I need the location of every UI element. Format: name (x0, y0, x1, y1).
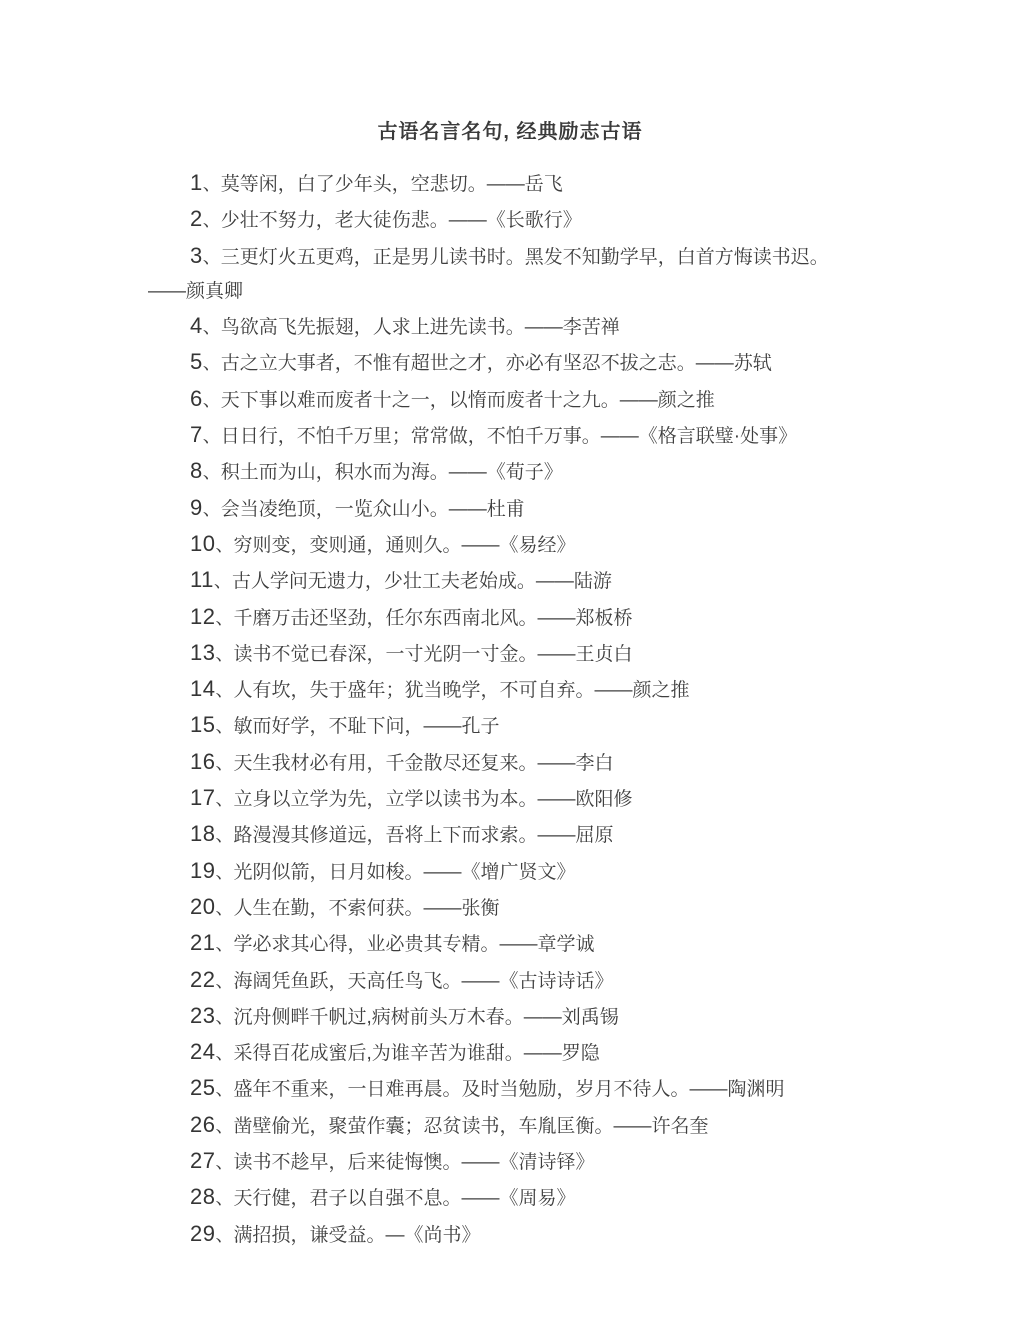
item-separator: 、 (203, 247, 221, 267)
quote-item: 1、莫等闲，白了少年头，空悲切。——岳飞 (148, 166, 872, 202)
item-number: 3 (190, 243, 203, 268)
quote-text: 学必求其心得，业必贵其专精。——章学诚 (233, 934, 594, 955)
item-separator: 、 (215, 971, 233, 991)
item-number: 19 (190, 858, 215, 883)
quote-text: 积土而为山，积水而为海。——《荀子》 (221, 462, 563, 483)
quote-text: 敏而好学，不耻下问，——孔子 (233, 716, 499, 737)
item-number: 22 (190, 967, 215, 992)
item-separator: 、 (215, 1116, 233, 1136)
quote-text: 三更灯火五更鸡，正是男儿读书时。黑发不知勤学早，白首方悔读书迟。 ——颜真卿 (148, 247, 829, 302)
item-number: 8 (190, 458, 203, 483)
item-number: 25 (190, 1075, 215, 1100)
item-number: 14 (190, 676, 215, 701)
document-page: 古语名言名句, 经典励志古语 1、莫等闲，白了少年头，空悲切。——岳飞 2、少壮… (0, 0, 1020, 1320)
item-number: 10 (190, 531, 215, 556)
quote-text: 千磨万击还坚劲，任尔东西南北风。——郑板桥 (233, 608, 632, 629)
item-number: 21 (190, 930, 215, 955)
quote-text: 人有坎，失于盛年；犹当晚学，不可自弃。——颜之推 (233, 680, 689, 701)
quote-item: 14、人有坎，失于盛年；犹当晚学，不可自弃。——颜之推 (148, 672, 872, 708)
item-separator: 、 (215, 753, 233, 773)
item-separator: 、 (215, 1152, 233, 1172)
quote-item: 16、天生我材必有用，千金散尽还复来。——李白 (148, 745, 872, 781)
item-separator: 、 (215, 934, 233, 954)
item-separator: 、 (215, 680, 233, 700)
item-separator: 、 (215, 862, 233, 882)
quote-item: 29、满招损，谦受益。—《尚书》 (148, 1217, 872, 1253)
quote-text: 天生我材必有用，千金散尽还复来。——李白 (233, 753, 613, 774)
item-number: 12 (190, 604, 215, 629)
item-separator: 、 (215, 1007, 233, 1027)
quote-item: 24、采得百花成蜜后,为谁辛苦为谁甜。——罗隐 (148, 1035, 872, 1071)
quote-text: 采得百花成蜜后,为谁辛苦为谁甜。——罗隐 (233, 1043, 599, 1064)
quote-item: 2、少壮不努力，老大徒伤悲。——《长歌行》 (148, 202, 872, 238)
quote-item: 22、海阔凭鱼跃，天高任鸟飞。——《古诗诗话》 (148, 963, 872, 999)
item-number: 16 (190, 749, 215, 774)
quote-item: 27、读书不趁早，后来徒悔懊。——《清诗铎》 (148, 1144, 872, 1180)
item-number: 9 (190, 495, 203, 520)
item-separator: 、 (215, 535, 233, 555)
quote-item: 6、天下事以难而废者十之一，以惰而废者十之九。——颜之推 (148, 382, 872, 418)
quote-item: 3、三更灯火五更鸡，正是男儿读书时。黑发不知勤学早，白首方悔读书迟。 ——颜真卿 (148, 239, 872, 310)
item-separator: 、 (215, 716, 233, 736)
quote-item: 12、千磨万击还坚劲，任尔东西南北风。——郑板桥 (148, 600, 872, 636)
item-number: 28 (190, 1184, 215, 1209)
quote-text: 沉舟侧畔千帆过,病树前头万木春。——刘禹锡 (233, 1007, 618, 1028)
quote-text: 天行健，君子以自强不息。——《周易》 (233, 1188, 575, 1209)
quote-text: 天下事以难而废者十之一，以惰而废者十之九。——颜之推 (221, 390, 715, 411)
item-number: 2 (190, 206, 203, 231)
item-number: 7 (190, 422, 203, 447)
quote-text: 会当凌绝顶，一览众山小。——杜甫 (221, 499, 525, 520)
item-separator: 、 (215, 789, 233, 809)
quote-text: 日日行，不怕千万里；常常做，不怕千万事。——《格言联璧·处事》 (221, 426, 797, 447)
quote-item: 20、人生在勤，不索何获。——张衡 (148, 890, 872, 926)
item-number: 26 (190, 1112, 215, 1137)
item-number: 13 (190, 640, 215, 665)
item-number: 27 (190, 1148, 215, 1173)
quote-item: 26、凿壁偷光，聚萤作囊；忍贫读书，车胤匡衡。——许名奎 (148, 1108, 872, 1144)
item-number: 23 (190, 1003, 215, 1028)
quote-item: 21、学必求其心得，业必贵其专精。——章学诚 (148, 926, 872, 962)
quote-text: 光阴似箭，日月如梭。——《增广贤文》 (233, 862, 575, 883)
item-separator: 、 (203, 462, 221, 482)
quote-text: 鸟欲高飞先振翅，人求上进先读书。——李苦禅 (221, 317, 620, 338)
quote-item: 28、天行健，君子以自强不息。——《周易》 (148, 1180, 872, 1216)
item-number: 11 (190, 567, 214, 592)
quote-text: 路漫漫其修道远，吾将上下而求索。——屈原 (233, 825, 613, 846)
quote-item: 9、会当凌绝顶，一览众山小。——杜甫 (148, 491, 872, 527)
item-separator: 、 (203, 353, 221, 373)
item-separator: 、 (203, 210, 221, 230)
item-separator: 、 (215, 1188, 233, 1208)
quote-text: 少壮不努力，老大徒伤悲。——《长歌行》 (221, 210, 582, 231)
quote-item: 18、路漫漫其修道远，吾将上下而求索。——屈原 (148, 817, 872, 853)
item-separator: 、 (203, 499, 221, 519)
quote-list: 1、莫等闲，白了少年头，空悲切。——岳飞 2、少壮不努力，老大徒伤悲。——《长歌… (148, 166, 872, 1253)
item-number: 6 (190, 386, 203, 411)
item-separator: 、 (215, 1079, 233, 1099)
quote-text: 立身以立学为先，立学以读书为本。——欧阳修 (233, 789, 632, 810)
quote-item: 25、盛年不重来，一日难再晨。及时当勉励，岁月不待人。——陶渊明 (148, 1071, 872, 1107)
item-number: 18 (190, 821, 215, 846)
item-separator: 、 (203, 390, 221, 410)
quote-text: 莫等闲，白了少年头，空悲切。——岳飞 (221, 174, 563, 195)
item-separator: 、 (214, 571, 232, 591)
item-separator: 、 (215, 825, 233, 845)
item-separator: 、 (203, 317, 221, 337)
item-separator: 、 (215, 1043, 233, 1063)
quote-text: 古人学问无遗力，少壮工夫老始成。——陆游 (232, 571, 612, 592)
item-number: 17 (190, 785, 215, 810)
item-separator: 、 (203, 174, 221, 194)
item-separator: 、 (215, 644, 233, 664)
quote-item: 5、古之立大事者，不惟有超世之才，亦必有坚忍不拔之志。——苏轼 (148, 345, 872, 381)
item-separator: 、 (215, 898, 233, 918)
quote-text: 读书不趁早，后来徒悔懊。——《清诗铎》 (233, 1152, 594, 1173)
document-title: 古语名言名句, 经典励志古语 (0, 120, 1020, 144)
item-separator: 、 (203, 426, 221, 446)
item-separator: 、 (215, 1225, 233, 1245)
quote-text: 凿壁偷光，聚萤作囊；忍贫读书，车胤匡衡。——许名奎 (233, 1116, 708, 1137)
quote-item: 23、沉舟侧畔千帆过,病树前头万木春。——刘禹锡 (148, 999, 872, 1035)
quote-item: 11、古人学问无遗力，少壮工夫老始成。——陆游 (148, 563, 872, 599)
item-number: 4 (190, 313, 203, 338)
quote-item: 4、鸟欲高飞先振翅，人求上进先读书。——李苦禅 (148, 309, 872, 345)
quote-text: 穷则变，变则通，通则久。——《易经》 (233, 535, 575, 556)
item-number: 1 (190, 170, 203, 195)
quote-item: 15、敏而好学，不耻下问，——孔子 (148, 708, 872, 744)
quote-item: 10、穷则变，变则通，通则久。——《易经》 (148, 527, 872, 563)
item-number: 24 (190, 1039, 215, 1064)
quote-text: 满招损，谦受益。—《尚书》 (233, 1225, 480, 1246)
item-number: 5 (190, 349, 203, 374)
item-number: 15 (190, 712, 215, 737)
quote-text: 海阔凭鱼跃，天高任鸟飞。——《古诗诗话》 (233, 971, 613, 992)
item-separator: 、 (215, 608, 233, 628)
item-number: 29 (190, 1221, 215, 1246)
quote-item: 8、积土而为山，积水而为海。——《荀子》 (148, 454, 872, 490)
quote-text: 古之立大事者，不惟有超世之才，亦必有坚忍不拔之志。——苏轼 (221, 353, 772, 374)
quote-item: 17、立身以立学为先，立学以读书为本。——欧阳修 (148, 781, 872, 817)
quote-text: 人生在勤，不索何获。——张衡 (233, 898, 499, 919)
quote-item: 19、光阴似箭，日月如梭。——《增广贤文》 (148, 854, 872, 890)
quote-item: 13、读书不觉已春深，一寸光阴一寸金。——王贞白 (148, 636, 872, 672)
quote-text: 盛年不重来，一日难再晨。及时当勉励，岁月不待人。——陶渊明 (233, 1079, 784, 1100)
quote-text: 读书不觉已春深，一寸光阴一寸金。——王贞白 (233, 644, 632, 665)
quote-item: 7、日日行，不怕千万里；常常做，不怕千万事。——《格言联璧·处事》 (148, 418, 872, 454)
item-number: 20 (190, 894, 215, 919)
